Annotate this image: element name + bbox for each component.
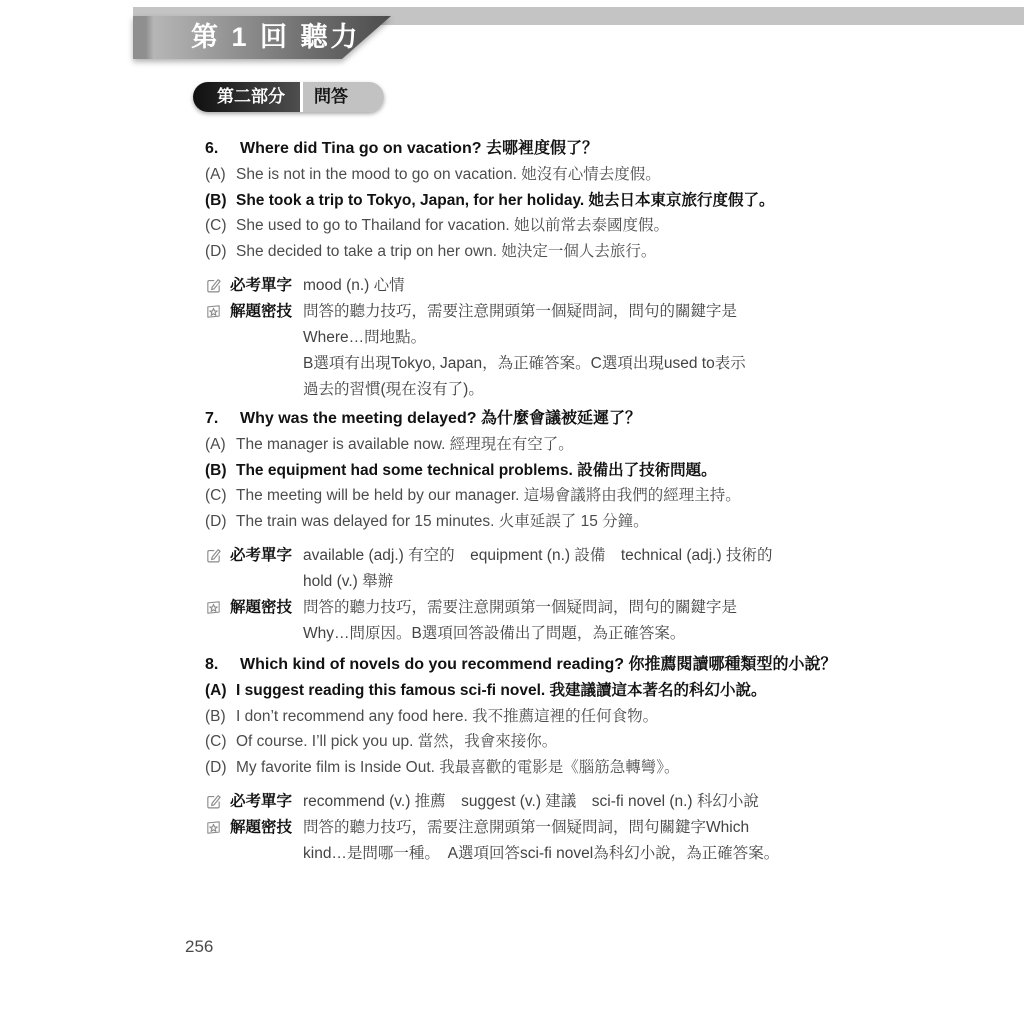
vocab-line: hold (v.) 舉辦 xyxy=(303,569,865,595)
vocab-row: 必考單字 available (adj.) 有空的 equipment (n.)… xyxy=(205,543,865,595)
pencil-edit-icon xyxy=(205,543,230,595)
star-badge-icon xyxy=(205,299,230,403)
question-number: 7. xyxy=(205,406,240,432)
part-banner: 第二部分 問答 xyxy=(193,82,384,112)
option-row-a-correct: (A) I suggest reading this famous sci-fi… xyxy=(205,678,865,704)
chapter-banner: 第 1 回 聽力 xyxy=(133,16,391,59)
tip-row: 解題密技 問答的聽力技巧，需要注意開頭第一個疑問詞，問句的關鍵字是 Why…問原… xyxy=(205,595,865,647)
tip-line: 過去的習慣(現在沒有了)。 xyxy=(303,377,865,403)
notes-section: 必考單字 mood (n.) 心情 解題密技 問答的聽力技巧，需要注意開頭第一個… xyxy=(205,273,865,403)
vocab-row: 必考單字 mood (n.) 心情 xyxy=(205,273,865,299)
question-number: 8. xyxy=(205,652,240,678)
tip-line: 問答的聽力技巧，需要注意開頭第一個疑問詞，問句關鍵字Which xyxy=(303,815,865,841)
star-badge-icon xyxy=(205,595,230,647)
notes-section: 必考單字 recommend (v.) 推薦 suggest (v.) 建議 s… xyxy=(205,789,865,867)
tip-line: kind…是問哪一種。 A選項回答sci-fi novel為科幻小說，為正確答案… xyxy=(303,841,865,867)
tip-line: 問答的聽力技巧，需要注意開頭第一個疑問詞，問句的關鍵字是 xyxy=(303,299,865,325)
vocab-line: available (adj.) 有空的 equipment (n.) 設備 t… xyxy=(303,543,865,569)
question-text: Why was the meeting delayed? 為什麼會議被延遲了？ xyxy=(240,406,641,432)
option-row-a: (A) She is not in the mood to go on vaca… xyxy=(205,162,865,188)
star-badge-icon xyxy=(205,815,230,867)
option-row-b-correct: (B) She took a trip to Tokyo, Japan, for… xyxy=(205,188,865,214)
chapter-title: 第 1 回 聽力 xyxy=(133,16,391,59)
pencil-edit-icon xyxy=(205,789,230,815)
page-number: 256 xyxy=(185,937,213,957)
vocab-line: recommend (v.) 推薦 suggest (v.) 建議 sci-fi… xyxy=(303,789,865,815)
option-row-d: (D) The train was delayed for 15 minutes… xyxy=(205,509,865,535)
option-row-c: (C) Of course. I’ll pick you up. 當然，我會來接… xyxy=(205,729,865,755)
tip-row: 解題密技 問答的聽力技巧，需要注意開頭第一個疑問詞，問句關鍵字Which kin… xyxy=(205,815,865,867)
question-title: 6. Where did Tina go on vacation? 去哪裡度假了… xyxy=(205,136,865,162)
option-row-c: (C) She used to go to Thailand for vacat… xyxy=(205,213,865,239)
question-title: 7. Why was the meeting delayed? 為什麼會議被延遲… xyxy=(205,406,865,432)
part-label: 第二部分 xyxy=(193,82,300,112)
vocab-line: mood (n.) 心情 xyxy=(303,273,865,299)
pencil-edit-icon xyxy=(205,273,230,299)
tip-line: Why…問原因。B選項回答設備出了問題，為正確答案。 xyxy=(303,621,865,647)
tip-line: Where…問地點。 xyxy=(303,325,865,351)
tip-line: 問答的聽力技巧，需要注意開頭第一個疑問詞，問句的關鍵字是 xyxy=(303,595,865,621)
tip-line: B選項有出現Tokyo, Japan，為正確答案。C選項出現used to表示 xyxy=(303,351,865,377)
question-number: 6. xyxy=(205,136,240,162)
option-row-b: (B) I don’t recommend any food here. 我不推… xyxy=(205,704,865,730)
vocab-row: 必考單字 recommend (v.) 推薦 suggest (v.) 建議 s… xyxy=(205,789,865,815)
question-block-8: 8. Which kind of novels do you recommend… xyxy=(205,652,865,867)
question-block-6: 6. Where did Tina go on vacation? 去哪裡度假了… xyxy=(205,136,865,403)
question-text: Where did Tina go on vacation? 去哪裡度假了？ xyxy=(240,136,598,162)
option-row-b-correct: (B) The equipment had some technical pro… xyxy=(205,458,865,484)
question-title: 8. Which kind of novels do you recommend… xyxy=(205,652,865,678)
question-text: Which kind of novels do you recommend re… xyxy=(240,652,837,678)
option-row-a: (A) The manager is available now. 經理現在有空… xyxy=(205,432,865,458)
part-name: 問答 xyxy=(303,82,384,112)
notes-section: 必考單字 available (adj.) 有空的 equipment (n.)… xyxy=(205,543,865,647)
tip-row: 解題密技 問答的聽力技巧，需要注意開頭第一個疑問詞，問句的關鍵字是 Where…… xyxy=(205,299,865,403)
option-row-d: (D) She decided to take a trip on her ow… xyxy=(205,239,865,265)
question-block-7: 7. Why was the meeting delayed? 為什麼會議被延遲… xyxy=(205,406,865,647)
option-row-d: (D) My favorite film is Inside Out. 我最喜歡… xyxy=(205,755,865,781)
option-row-c: (C) The meeting will be held by our mana… xyxy=(205,483,865,509)
